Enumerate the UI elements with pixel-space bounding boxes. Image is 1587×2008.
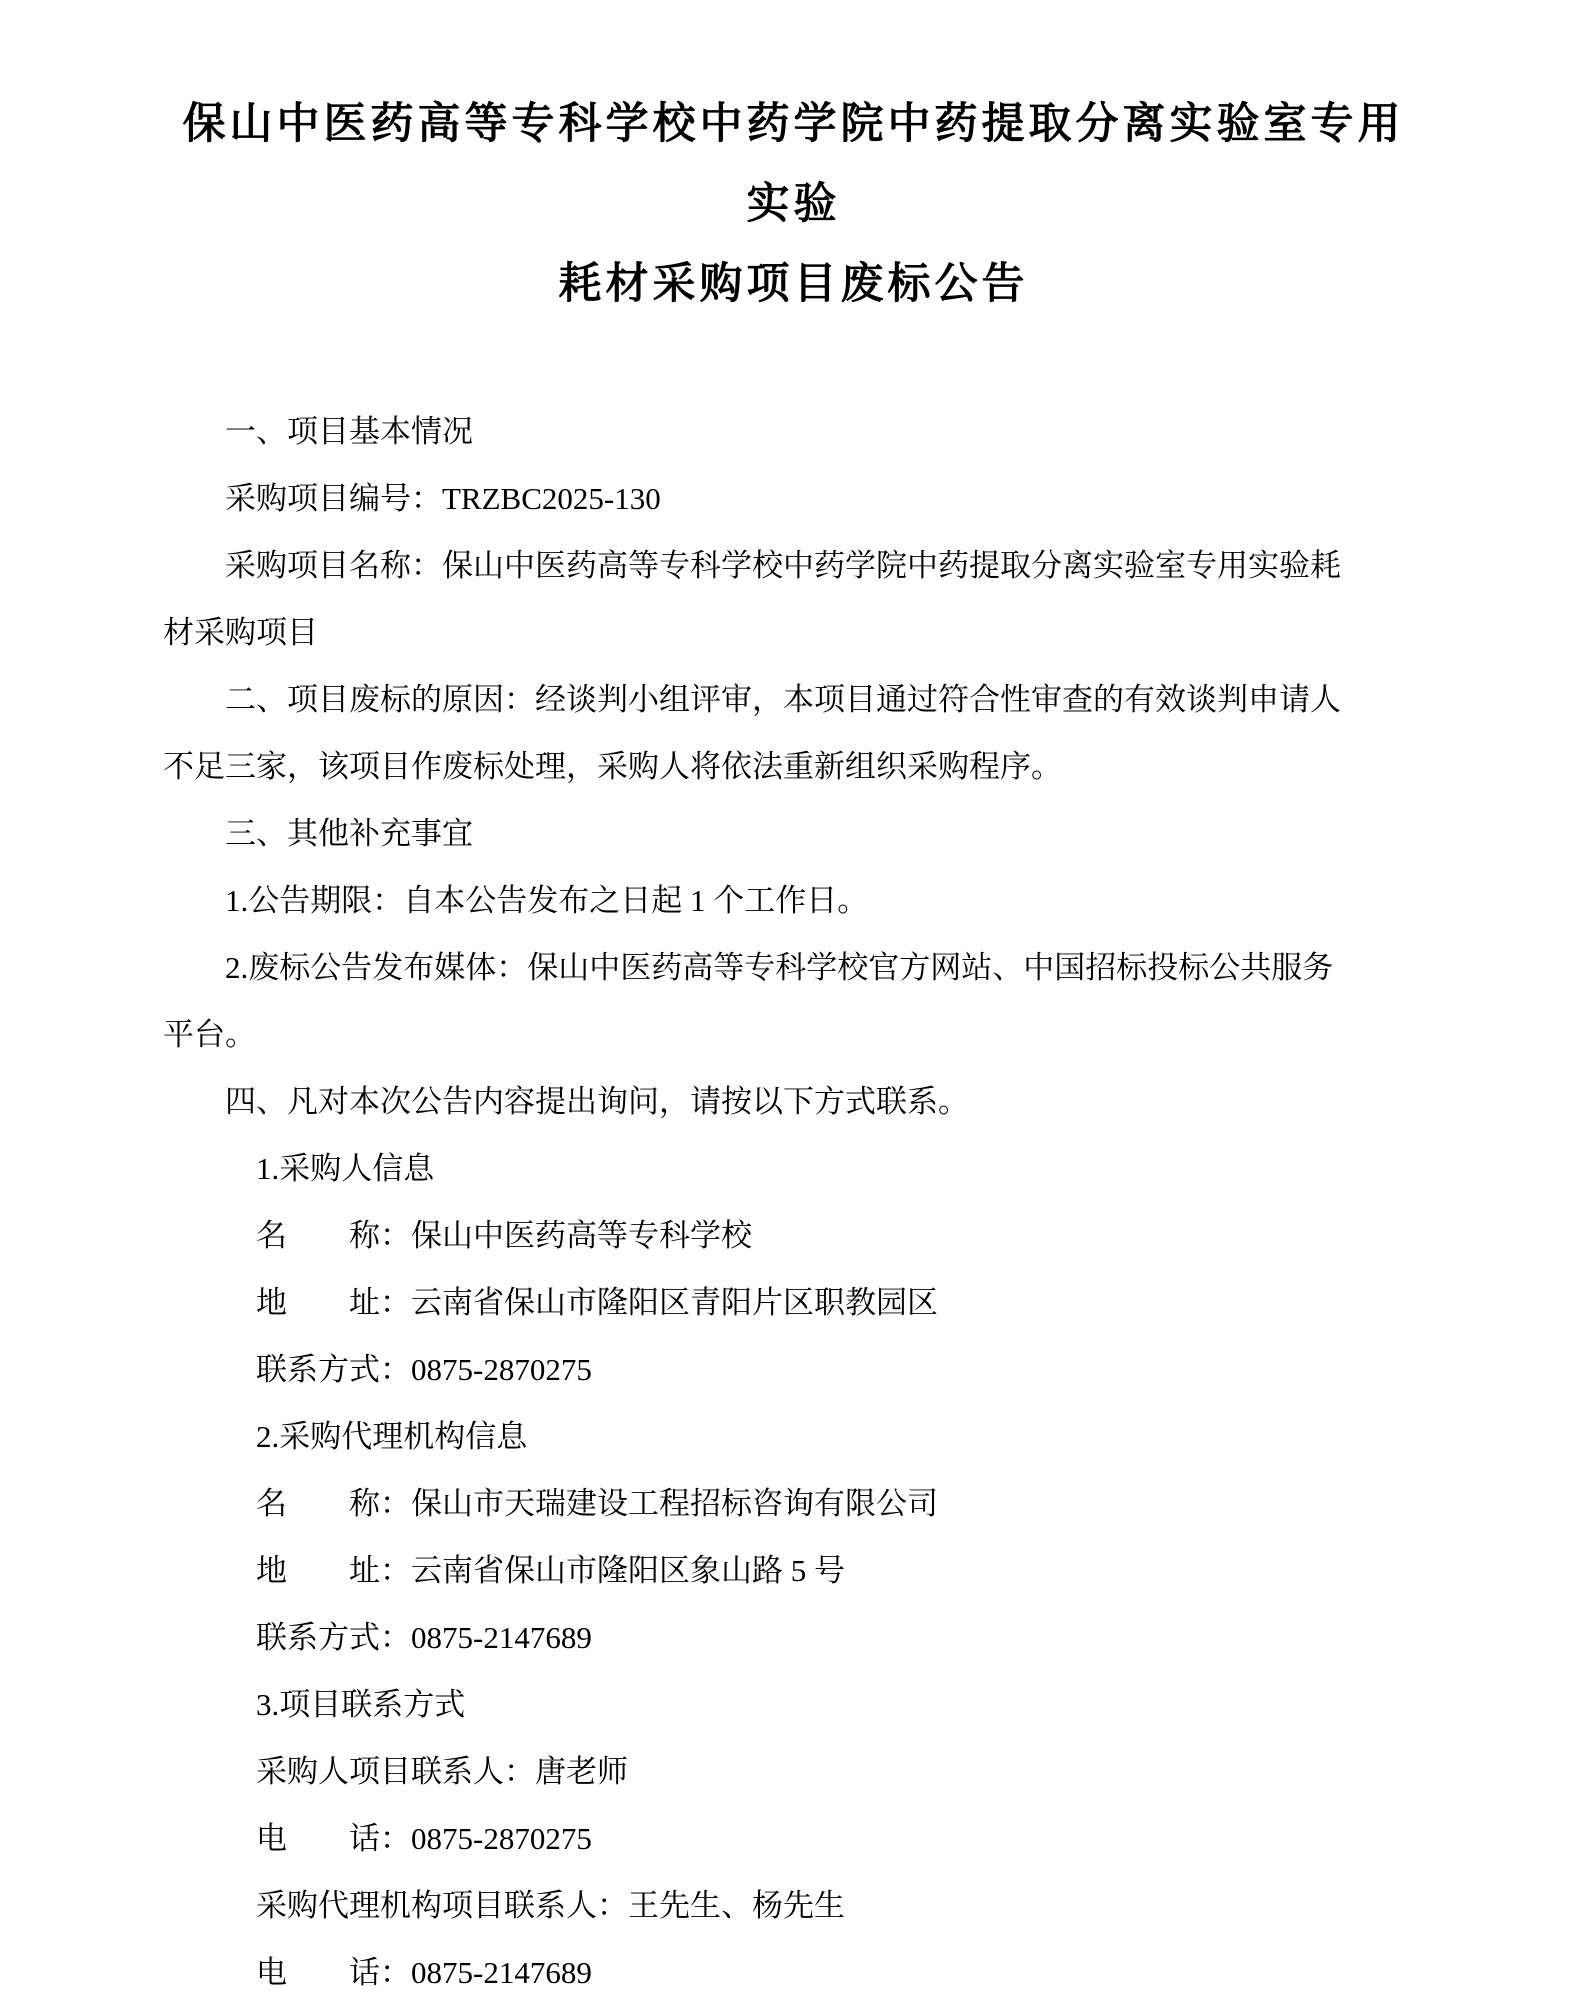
document-line: 1.公告期限：自本公告发布之日起 1 个工作日。 bbox=[163, 867, 1424, 934]
document-line: 名 称：保山中医药高等专科学校 bbox=[163, 1202, 1424, 1269]
document-body: 一、项目基本情况采购项目编号：TRZBC2025-130采购项目名称：保山中医药… bbox=[163, 398, 1424, 2006]
document-line: 地 址：云南省保山市隆阳区青阳片区职教园区 bbox=[163, 1269, 1424, 1336]
document-line: 采购代理机构项目联系人：王先生、杨先生 bbox=[163, 1872, 1424, 1939]
document-line: 采购人项目联系人：唐老师 bbox=[163, 1738, 1424, 1805]
document-line: 2.采购代理机构信息 bbox=[163, 1403, 1424, 1470]
document-line: 地 址：云南省保山市隆阳区象山路 5 号 bbox=[163, 1537, 1424, 1604]
document-line: 3.项目联系方式 bbox=[163, 1671, 1424, 1738]
document-line: 1.采购人信息 bbox=[163, 1135, 1424, 1202]
document-line: 二、项目废标的原因：经谈判小组评审，本项目通过符合性审查的有效谈判申请人 bbox=[163, 666, 1424, 733]
document-page: 保山中医药高等专科学校中药学院中药提取分离实验室专用实验 耗材采购项目废标公告 … bbox=[0, 0, 1587, 2008]
document-line: 四、凡对本次公告内容提出询问，请按以下方式联系。 bbox=[163, 1068, 1424, 1135]
document-line: 三、其他补充事宜 bbox=[163, 800, 1424, 867]
document-line: 联系方式：0875-2870275 bbox=[163, 1336, 1424, 1403]
document-line: 电 话：0875-2147689 bbox=[163, 1939, 1424, 2006]
document-line: 一、项目基本情况 bbox=[163, 398, 1424, 465]
document-title-line-1: 保山中医药高等专科学校中药学院中药提取分离实验室专用实验 bbox=[163, 85, 1424, 245]
document-line: 材采购项目 bbox=[163, 599, 1424, 666]
document-title-line-2: 耗材采购项目废标公告 bbox=[163, 245, 1424, 325]
document-line: 电 话：0875-2870275 bbox=[163, 1805, 1424, 1872]
document-line: 采购项目编号：TRZBC2025-130 bbox=[163, 465, 1424, 532]
document-line: 不足三家，该项目作废标处理，采购人将依法重新组织采购程序。 bbox=[163, 733, 1424, 800]
document-title: 保山中医药高等专科学校中药学院中药提取分离实验室专用实验 耗材采购项目废标公告 bbox=[163, 85, 1424, 325]
document-line: 平台。 bbox=[163, 1001, 1424, 1068]
document-line: 采购项目名称：保山中医药高等专科学校中药学院中药提取分离实验室专用实验耗 bbox=[163, 532, 1424, 599]
document-line: 联系方式：0875-2147689 bbox=[163, 1604, 1424, 1671]
document-line: 2.废标公告发布媒体：保山中医药高等专科学校官方网站、中国招标投标公共服务 bbox=[163, 934, 1424, 1001]
document-line: 名 称：保山市天瑞建设工程招标咨询有限公司 bbox=[163, 1470, 1424, 1537]
